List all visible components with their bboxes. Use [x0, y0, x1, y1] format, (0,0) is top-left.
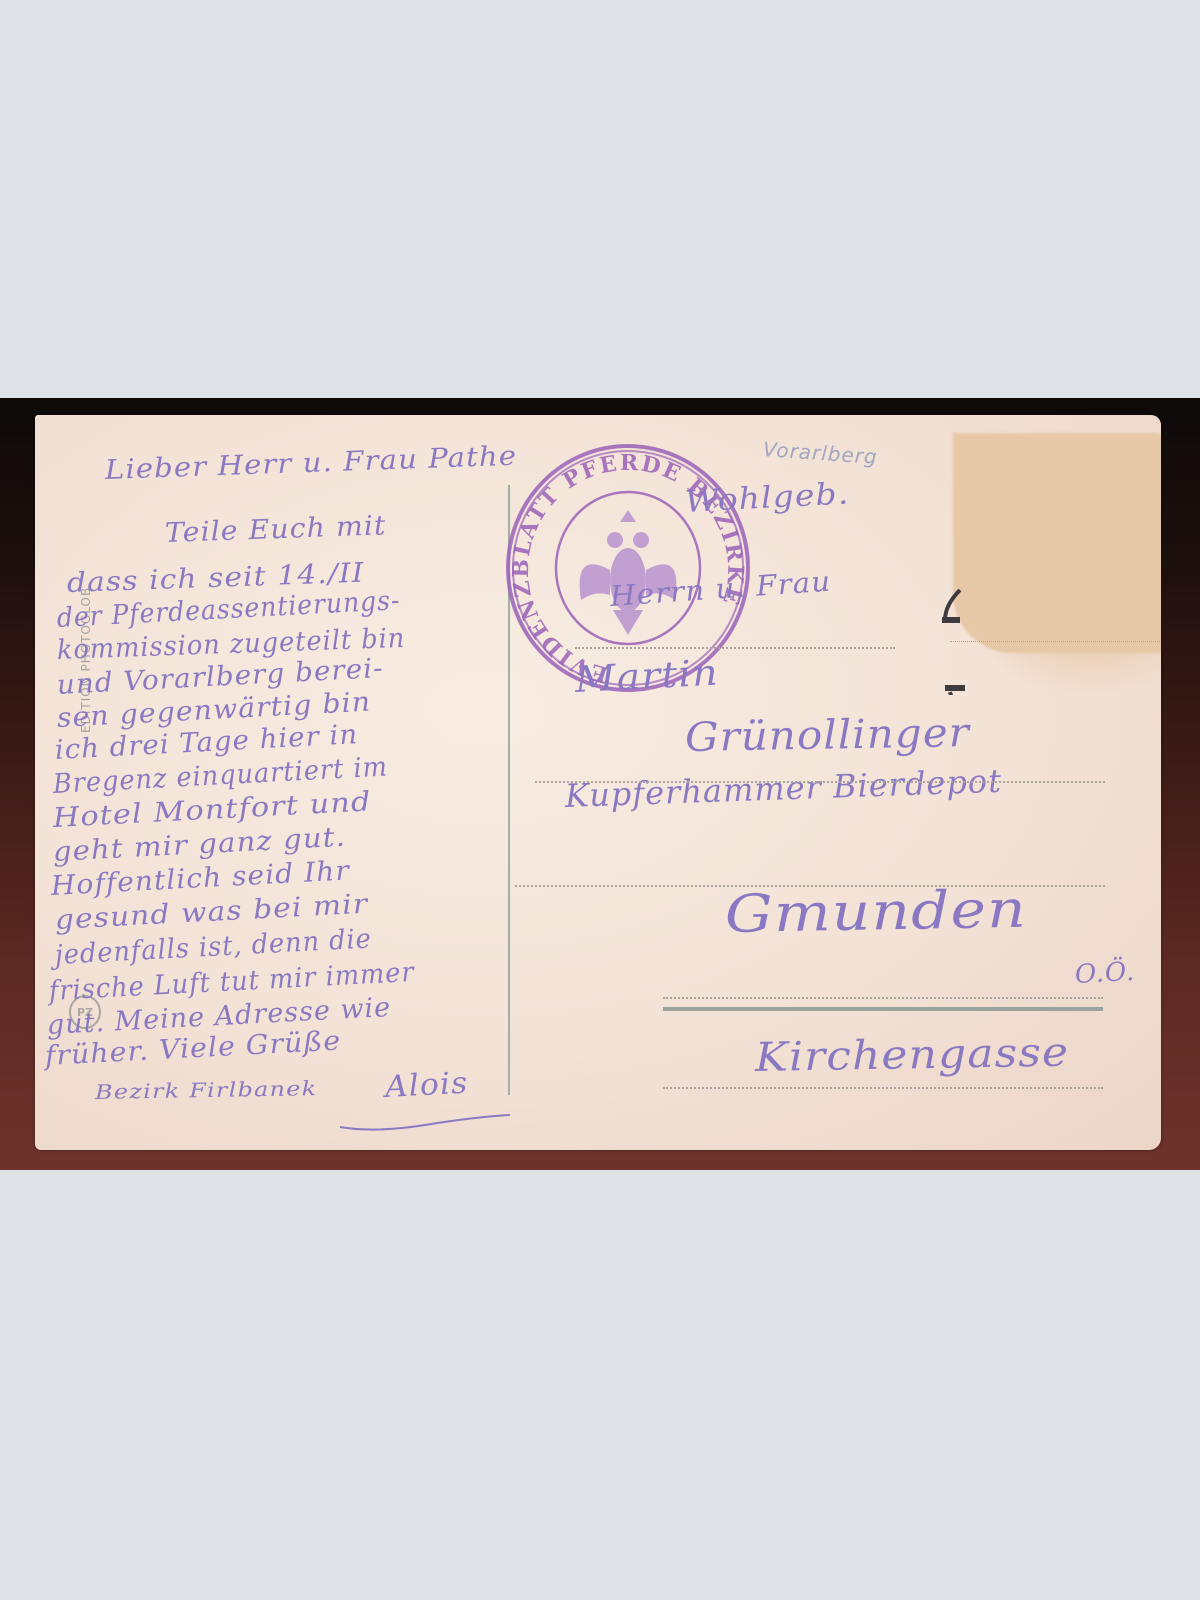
address-guide-line [575, 647, 895, 649]
address-guide-line [663, 1087, 1103, 1089]
postmark-fragment-icon [900, 495, 1100, 695]
photo-background: EDITION PHOTOGLOB PZ Lieber Herr u. Frau… [0, 398, 1200, 1170]
signature: Alois [384, 1066, 469, 1105]
region-note: O.Ö. [1074, 957, 1136, 990]
greeting: Lieber Herr u. Frau Pathe [105, 443, 518, 486]
address-guide-line [663, 997, 1103, 999]
address-guide-line [535, 781, 1105, 783]
address-line-5: Kupferhammer Bierdepot [564, 762, 1002, 815]
message-line: Teile Euch mit [165, 512, 387, 548]
address-line-6: Gmunden [724, 880, 1027, 945]
pencil-note: Vorarlberg [762, 437, 878, 469]
footer-note: Bezirk Firlbanek [95, 1076, 318, 1104]
address-line-1: Wohlgeb. [684, 476, 850, 520]
address-guide-line [515, 885, 1105, 887]
address-line-7: Kirchengasse [755, 1030, 1070, 1081]
postcard: EDITION PHOTOGLOB PZ Lieber Herr u. Frau… [35, 415, 1161, 1150]
address-line-3: Martin [574, 653, 720, 701]
address-underline [663, 1007, 1103, 1011]
address-line-4: Grünollinger [685, 710, 971, 761]
stamp-area-guide [950, 641, 1160, 642]
signature-underline-icon [335, 1105, 515, 1135]
